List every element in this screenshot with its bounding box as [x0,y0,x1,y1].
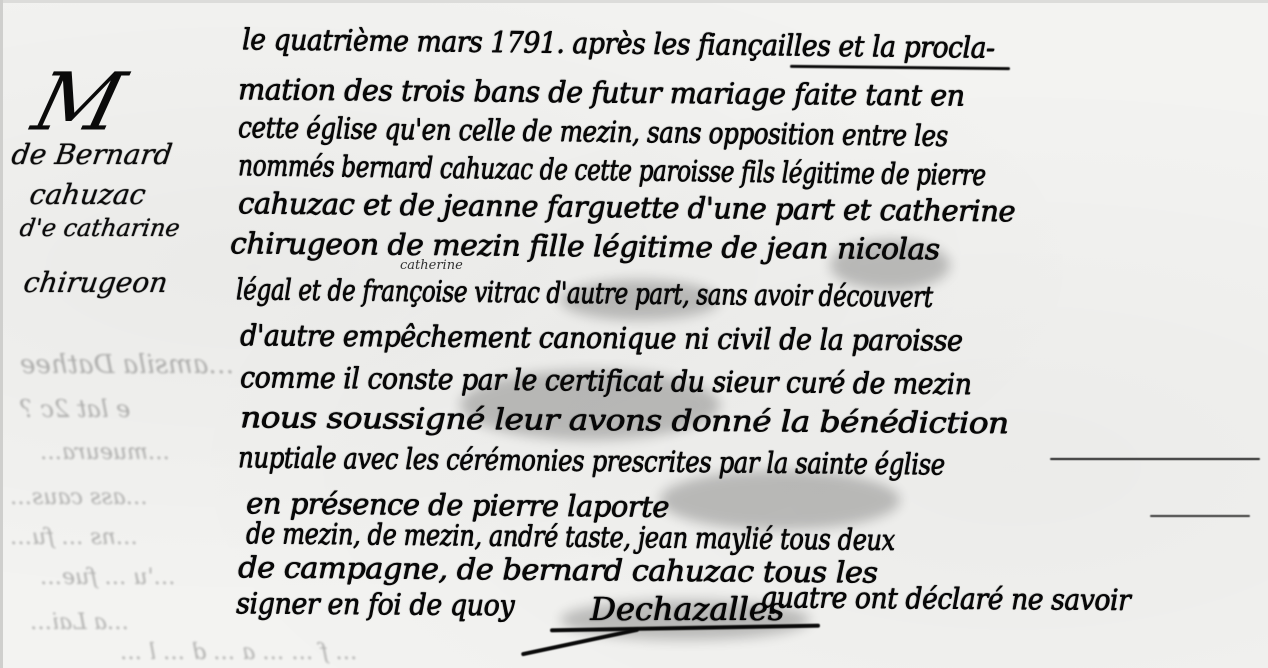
manuscript-page: …amsila Dathee e lat 2c ? …mueura… …ass … [0,0,1268,668]
bleed-through-text: …ass caus… [10,485,148,510]
bleed-through-text: …a Lai… [30,610,129,635]
bleed-through-text: … f … … a … d … l … [120,640,357,665]
record-line: le quatrième mars 1791. après les fiança… [242,22,995,65]
pen-stroke [1050,458,1260,460]
record-line: signer en foi de quoy [236,586,514,622]
priest-signature: Dechazalles [590,590,784,628]
bleed-through-text: …ns … fu… [10,525,138,550]
margin-name: chirugeon [22,266,170,299]
record-line: nommés bernard cahuzac de cette paroisse… [238,148,986,192]
page-left-edge [0,0,3,668]
record-line: mation des trois bans de futur mariage f… [238,72,965,112]
record-line: comme il conste par le certificat du sie… [240,360,972,401]
bleed-through-text: e lat 2c ? [20,395,130,423]
bleed-through-text: …mueura… [40,440,170,465]
record-line: quatre ont déclaré ne savoir [760,580,1130,617]
record-line: d'autre empêchement canonique ni civil d… [240,318,963,357]
interlinear-insert: catherine [400,258,463,273]
margin-name: cahuzac [28,178,148,211]
pen-stroke [790,65,1010,70]
bleed-through-text: …'u … fue… [40,565,176,590]
bleed-through-text: …amsila Dathee [20,350,234,380]
record-line: nous soussigné leur avons donné la bénéd… [240,400,1009,440]
pen-stroke [1150,515,1250,517]
record-line: cahuzac et de jeanne farguette d'une par… [238,186,1015,228]
margin-name: d'e catharine [18,214,182,242]
margin-name: de Bernard [10,138,175,171]
record-line: nuptiale avec les cérémonies prescrites … [238,440,945,481]
margin-initial: M [26,62,126,142]
page-top-edge [0,0,1268,3]
record-line: chirugeon de mezin fille légitime de jea… [230,226,940,266]
record-line: cette église qu'en celle de mezin, sans … [238,110,948,153]
record-line: légal et de françoise vitrac d'autre par… [236,272,933,314]
signature-flourish [521,628,639,657]
